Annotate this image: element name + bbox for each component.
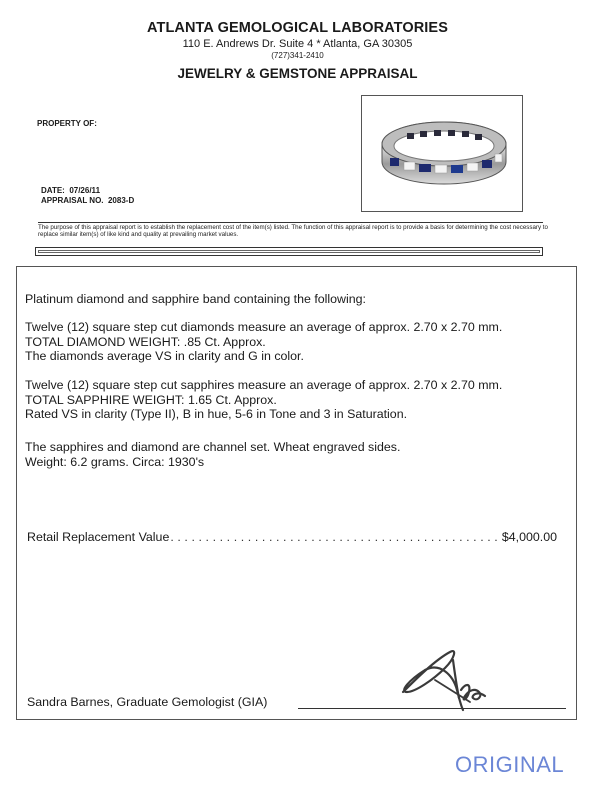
value-amount: $4,000.00 (502, 530, 557, 544)
appraisal-number-field: APPRAISAL NO. 2083-D (41, 196, 134, 205)
lab-phone: (727)341-2410 (0, 51, 595, 60)
appraisal-number-value: 2083-D (108, 196, 134, 205)
sapphire-details: Twelve (12) square step cut sapphires me… (25, 378, 502, 422)
lab-address: 110 E. Andrews Dr. Suite 4 * Atlanta, GA… (0, 38, 595, 50)
setting-details: The sapphires and diamond are channel se… (25, 440, 400, 469)
value-label: Retail Replacement Value (27, 530, 169, 544)
retail-replacement-value: Retail Replacement Value ...............… (27, 530, 557, 544)
diamond-details: Twelve (12) square step cut diamonds mea… (25, 320, 502, 364)
date-field: DATE: 07/26/11 (41, 186, 100, 195)
sapphire-line: Rated VS in clarity (Type II), B in hue,… (25, 407, 502, 422)
purpose-statement: The purpose of this appraisal report is … (38, 224, 548, 239)
ring-icon (362, 96, 522, 211)
date-value: 07/26/11 (69, 186, 100, 195)
setting-line: The sapphires and diamond are channel se… (25, 440, 400, 455)
sapphire-line: TOTAL SAPPHIRE WEIGHT: 1.65 Ct. Approx. (25, 393, 502, 408)
original-stamp: ORIGINAL (455, 752, 564, 778)
diamond-line: The diamonds average VS in clarity and G… (25, 349, 502, 364)
setting-line: Weight: 6.2 grams. Circa: 1930's (25, 455, 400, 470)
signature-icon (395, 640, 495, 715)
item-intro: Platinum diamond and sapphire band conta… (25, 292, 366, 307)
divider (38, 222, 543, 223)
lab-name: ATLANTA GEMOLOGICAL LABORATORIES (0, 20, 595, 36)
leader-dots: ........................................… (170, 530, 501, 544)
date-label: DATE: (41, 186, 65, 195)
appraiser-name: Sandra Barnes, Graduate Gemologist (GIA) (27, 695, 267, 709)
property-of-label: PROPERTY OF: (37, 119, 97, 128)
diamond-line: TOTAL DIAMOND WEIGHT: .85 Ct. Approx. (25, 335, 502, 350)
diamond-line: Twelve (12) square step cut diamonds mea… (25, 320, 502, 335)
document-title: JEWELRY & GEMSTONE APPRAISAL (0, 66, 595, 81)
property-of-field: PROPERTY OF: (37, 119, 97, 128)
appraisal-number-label: APPRAISAL NO. (41, 196, 104, 205)
double-rule-bar (35, 247, 543, 256)
ring-photo (361, 95, 523, 212)
sapphire-line: Twelve (12) square step cut sapphires me… (25, 378, 502, 393)
